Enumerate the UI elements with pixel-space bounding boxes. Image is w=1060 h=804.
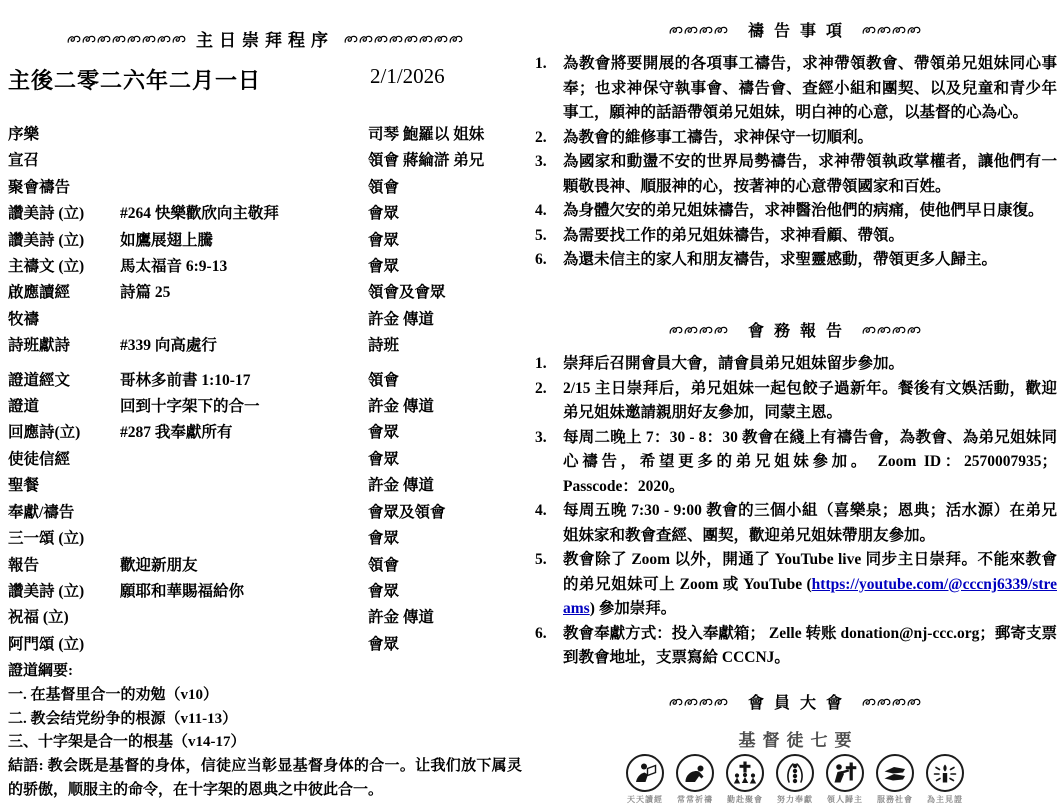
program-detail: 哥林多前書 1:10-17: [120, 368, 368, 394]
logo-caption: 勤赴聚會: [727, 794, 763, 804]
logo-cell: 為主見證: [923, 754, 967, 804]
program-item-label: 聖餐: [8, 473, 120, 499]
outline-point: 三、十字架是合一的根基（v14-17）: [8, 731, 522, 755]
program-detail: #264 快樂歡欣向主敬拜: [120, 201, 368, 227]
program-leader: 會眾: [368, 420, 522, 446]
program-item-label: 讚美詩 (立): [8, 228, 120, 254]
program-row: 聖餐 許金 傳道: [8, 473, 522, 499]
program-item-label: 啟應讀經: [8, 280, 120, 306]
list-number: 5.: [535, 548, 563, 622]
program-leader: 司琴 鮑羅以 姐妹: [368, 122, 522, 148]
outline-heading: 證道綱要:: [8, 660, 522, 684]
offering-fish-icon: [776, 754, 814, 792]
program-item-label: 聚會禱告: [8, 175, 120, 201]
logo-caption: 常常祈禱: [677, 794, 713, 804]
list-number: 4.: [535, 199, 563, 224]
program-detail: [120, 632, 368, 658]
program-detail: [120, 148, 368, 174]
list-text: 為國家和動盪不安的世界局勢禱告，求神帶領執政掌權者，讓他們有一顆敬畏神、順服神的…: [563, 150, 1057, 199]
sermon-outline: 證道綱要: 一. 在基督里合一的劝勉（v10） 二. 教会结党纷争的根源（v11…: [8, 660, 522, 803]
program-row: 祝福 (立) 許金 傳道: [8, 605, 522, 631]
scroll-ornament-right: [862, 25, 921, 35]
program-item-label: 牧禱: [8, 307, 120, 333]
prayer-item: 5. 為需要找工作的弟兄姐妹禱告，求神看顧、帶領。: [535, 224, 1057, 249]
list-number: 6.: [535, 248, 563, 273]
program-detail: 如鷹展翅上騰: [120, 228, 368, 254]
member-meeting-section-header: 會員大會: [533, 690, 1057, 713]
chinese-date: 主後二零二六年二月一日: [8, 68, 261, 93]
logo-cell: 勤赴聚會: [723, 754, 767, 804]
bulletin-page: { "left": { "title": "主日崇拜程序", "date_chi…: [0, 0, 1060, 804]
list-number: 2.: [535, 126, 563, 151]
program-leader: 許金 傳道: [368, 473, 522, 499]
report-item: 2. 2/15 主日崇拜后，弟兄姐妹一起包餃子過新年。餐後有文娛活動，歡迎弟兄姐…: [535, 377, 1057, 426]
program-row: 報告 歡迎新朋友 領會: [8, 553, 522, 579]
report-item: 5. 教會除了 Zoom 以外，開通了 YouTube live 同步主日崇拜。…: [535, 548, 1057, 622]
prayer-item: 3. 為國家和動盪不安的世界局勢禱告，求神帶領執政掌權者，讓他們有一顆敬畏神、順…: [535, 150, 1057, 199]
program-item-label: 讚美詩 (立): [8, 579, 120, 605]
program-item-label: 使徒信經: [8, 447, 120, 473]
program-detail: 馬太福音 6:9-13: [120, 254, 368, 280]
program-leader: 會眾: [368, 526, 522, 552]
announcements-column: 禱告事項 1. 為教會將要開展的各項事工禱告，求神帶領教會、帶領弟兄姐妹同心事奉…: [533, 0, 1057, 804]
program-detail: [120, 500, 368, 526]
logo-cell: 努力奉獻: [773, 754, 817, 804]
program-leader: 會眾: [368, 579, 522, 605]
prayer-list: 1. 為教會將要開展的各項事工禱告，求神帶領教會、帶領弟兄姐妹同心事奉；也求神保…: [535, 52, 1057, 273]
program-detail: #287 我奉獻所有: [120, 420, 368, 446]
program-detail: [120, 122, 368, 148]
logo-cell: 常常祈禱: [673, 754, 717, 804]
program-leader: 會眾: [368, 228, 522, 254]
report-section-header: 會務報告: [533, 318, 1057, 341]
read-bible-icon: [626, 754, 664, 792]
list-number: 3.: [535, 426, 563, 500]
report-list: 1. 崇拜后召開會員大會，請會員弟兄姐妹留步參加。 2. 2/15 主日崇拜后，…: [535, 352, 1057, 671]
report-item-text: ) 參加崇拜。: [590, 600, 677, 617]
worship-title: 主日崇拜程序: [196, 26, 334, 51]
report-item: 3. 每周二晚上 7：30 - 8：30 教會在綫上有禱告會，為教會、為弟兄姐妹…: [535, 426, 1057, 500]
program-item-label: 證道: [8, 394, 120, 420]
program-leader: 領會及會眾: [368, 280, 522, 306]
program-row: 詩班獻詩 #339 向高處行 詩班: [8, 333, 522, 359]
program-row: 序樂 司琴 鮑羅以 姐妹: [8, 122, 522, 148]
report-section-title: 會務報告: [738, 318, 852, 341]
list-text: 為教會的維修事工禱告，求神保守一切順利。: [563, 126, 1057, 151]
program-leader: 許金 傳道: [368, 307, 522, 333]
report-item: 6. 教會奉獻方式：投入奉獻箱； Zelle 转账 donation@nj-cc…: [535, 622, 1057, 671]
list-number: 3.: [535, 150, 563, 199]
program-list: 序樂 司琴 鮑羅以 姐妹 宣召 領會 蔣綸滸 弟兄 聚會禱告 領會 讚美詩 (立…: [8, 122, 522, 658]
list-text: 每周二晚上 7：30 - 8：30 教會在綫上有禱告會，為教會、為弟兄姐妹同心禱…: [563, 426, 1057, 500]
program-item-label: 讚美詩 (立): [8, 201, 120, 227]
prayer-item: 2. 為教會的維修事工禱告，求神保守一切順利。: [535, 126, 1057, 151]
list-number: 2.: [535, 377, 563, 426]
program-item-label: 阿門頌 (立): [8, 632, 120, 658]
program-detail: 回到十字架下的合一: [120, 394, 368, 420]
program-leader: 會眾: [368, 447, 522, 473]
program-row: 宣召 領會 蔣綸滸 弟兄: [8, 148, 522, 174]
program-row: 證道 回到十字架下的合一 許金 傳道: [8, 394, 522, 420]
program-leader: 領會: [368, 553, 522, 579]
western-date: 2/1/2026: [370, 64, 445, 89]
program-detail: [120, 307, 368, 333]
program-leader: 許金 傳道: [368, 605, 522, 631]
program-detail: 歡迎新朋友: [120, 553, 368, 579]
list-number: 5.: [535, 224, 563, 249]
list-text: 為身體欠安的弟兄姐妹禱告，求神醫治他們的病痛，使他們早日康復。: [563, 199, 1057, 224]
program-leader: 許金 傳道: [368, 394, 522, 420]
program-item-label: 報告: [8, 553, 120, 579]
list-text: 2/15 主日崇拜后，弟兄姐妹一起包餃子過新年。餐後有文娛活動，歡迎弟兄姐妹邀請…: [563, 377, 1057, 426]
program-row: 讚美詩 (立) 如鷹展翅上騰 會眾: [8, 228, 522, 254]
program-detail: 詩篇 25: [120, 280, 368, 306]
program-item-label: 宣召: [8, 148, 120, 174]
list-text: 為需要找工作的弟兄姐妹禱告，求神看顧、帶領。: [563, 224, 1057, 249]
list-text: 為還未信主的家人和朋友禱告，求聖靈感動，帶領更多人歸主。: [563, 248, 1057, 273]
logo-cell: 領人歸主: [823, 754, 867, 804]
scroll-ornament-left: [669, 697, 728, 707]
logo-cell: 天天讀經: [623, 754, 667, 804]
program-detail: [120, 473, 368, 499]
scroll-ornament-left: [669, 325, 728, 335]
program-row: 牧禱 許金 傳道: [8, 307, 522, 333]
program-leader: 會眾: [368, 254, 522, 280]
lead-to-christ-icon: [826, 754, 864, 792]
program-row: 證道經文 哥林多前書 1:10-17 領會: [8, 360, 522, 394]
program-row: 讚美詩 (立) #264 快樂歡欣向主敬拜 會眾: [8, 201, 522, 227]
program-leader: 領會: [368, 368, 522, 394]
program-detail: [120, 175, 368, 201]
program-leader: 會眾: [368, 632, 522, 658]
program-item-label: 回應詩(立): [8, 420, 120, 446]
program-row: 阿門頌 (立) 會眾: [8, 632, 522, 658]
program-item-label: 祝福 (立): [8, 605, 120, 631]
scroll-ornament-right: [344, 34, 463, 44]
christian-seven-essentials-logo: 基督徒七要 天天讀經: [533, 730, 1057, 804]
scroll-ornament-right: [862, 325, 921, 335]
prayer-item: 6. 為還未信主的家人和朋友禱告，求聖靈感動，帶領更多人歸主。: [535, 248, 1057, 273]
program-detail: 願耶和華賜福給你: [120, 579, 368, 605]
logo-cell: 服務社會: [873, 754, 917, 804]
program-item-label: 奉獻/禱告: [8, 500, 120, 526]
date-row: 主後二零二六年二月一日 2/1/2026: [8, 64, 522, 96]
program-row: 讚美詩 (立) 願耶和華賜福給你 會眾: [8, 579, 522, 605]
program-detail: [120, 526, 368, 552]
logo-caption: 服務社會: [877, 794, 913, 804]
worship-program-column: 主日崇拜程序 主後二零二六年二月一日 2/1/2026 序樂 司琴 鮑羅以 姐妹…: [8, 26, 522, 804]
report-item: 4. 每周五晚 7:30 - 9:00 教會的三個小組（喜樂泉；恩典；活水源）在…: [535, 499, 1057, 548]
prayer-item: 4. 為身體欠安的弟兄姐妹禱告，求神醫治他們的病痛，使他們早日康復。: [535, 199, 1057, 224]
prayer-section-title: 禱告事項: [738, 18, 852, 41]
witness-candle-icon: [926, 754, 964, 792]
list-text: 為教會將要開展的各項事工禱告，求神帶領教會、帶領弟兄姐妹同心事奉；也求神保守執事…: [563, 52, 1057, 126]
list-number: 1.: [535, 352, 563, 377]
logo-icon-row: 天天讀經 常常祈禱: [533, 754, 1057, 804]
program-item-label: 證道經文: [8, 368, 120, 394]
outline-point: 二. 教会结党纷争的根源（v11-13）: [8, 708, 522, 732]
logo-caption: 努力奉獻: [777, 794, 813, 804]
logo-caption: 領人歸主: [827, 794, 863, 804]
prayer-icon: [676, 754, 714, 792]
program-leader: 詩班: [368, 333, 522, 359]
program-row: 主禱文 (立) 馬太福音 6:9-13 會眾: [8, 254, 522, 280]
scroll-ornament-left: [67, 34, 186, 44]
member-meeting-title: 會員大會: [738, 690, 852, 713]
program-detail: [120, 447, 368, 473]
program-leader: 會眾及領會: [368, 500, 522, 526]
program-item-label: 三一頌 (立): [8, 526, 120, 552]
program-row: 聚會禱告 領會: [8, 175, 522, 201]
program-leader: 領會: [368, 175, 522, 201]
program-row: 回應詩(立) #287 我奉獻所有 會眾: [8, 420, 522, 446]
logo-title: 基督徒七要: [732, 730, 859, 752]
list-text: 崇拜后召開會員大會，請會員弟兄姐妹留步參加。: [563, 352, 1057, 377]
assembly-cross-icon: [726, 754, 764, 792]
list-number: 1.: [535, 52, 563, 126]
program-row: 使徒信經 會眾: [8, 447, 522, 473]
outline-point: 一. 在基督里合一的劝勉（v10）: [8, 684, 522, 708]
outline-conclusion: 結語: 教会既是基督的身体，信徒应当彰显基督身体的合一。让我们放下属灵的骄傲，顺…: [8, 755, 522, 803]
program-row: 奉獻/禱告 會眾及領會: [8, 500, 522, 526]
scroll-ornament-left: [669, 25, 728, 35]
program-detail: [120, 605, 368, 631]
program-row: 三一頌 (立) 會眾: [8, 526, 522, 552]
program-item-label: 詩班獻詩: [8, 333, 120, 359]
program-row: 啟應讀經 詩篇 25 領會及會眾: [8, 280, 522, 306]
list-text: 教會奉獻方式：投入奉獻箱； Zelle 转账 donation@nj-ccc.o…: [563, 622, 1057, 671]
program-item-label: 主禱文 (立): [8, 254, 120, 280]
list-text: 教會除了 Zoom 以外，開通了 YouTube live 同步主日崇拜。不能來…: [563, 548, 1057, 622]
program-detail: #339 向高處行: [120, 333, 368, 359]
scroll-ornament-right: [862, 697, 921, 707]
program-item-label: 序樂: [8, 122, 120, 148]
list-text: 每周五晚 7:30 - 9:00 教會的三個小組（喜樂泉；恩典；活水源）在弟兄姐…: [563, 499, 1057, 548]
prayer-section-header: 禱告事項: [533, 18, 1057, 41]
worship-title-row: 主日崇拜程序: [8, 26, 522, 51]
program-leader: 領會 蔣綸滸 弟兄: [368, 148, 522, 174]
logo-caption: 天天讀經: [627, 794, 663, 804]
prayer-item: 1. 為教會將要開展的各項事工禱告，求神帶領教會、帶領弟兄姐妹同心事奉；也求神保…: [535, 52, 1057, 126]
report-item: 1. 崇拜后召開會員大會，請會員弟兄姐妹留步參加。: [535, 352, 1057, 377]
list-number: 6.: [535, 622, 563, 671]
list-number: 4.: [535, 499, 563, 548]
serving-hands-icon: [876, 754, 914, 792]
program-leader: 會眾: [368, 201, 522, 227]
logo-caption: 為主見證: [927, 794, 963, 804]
